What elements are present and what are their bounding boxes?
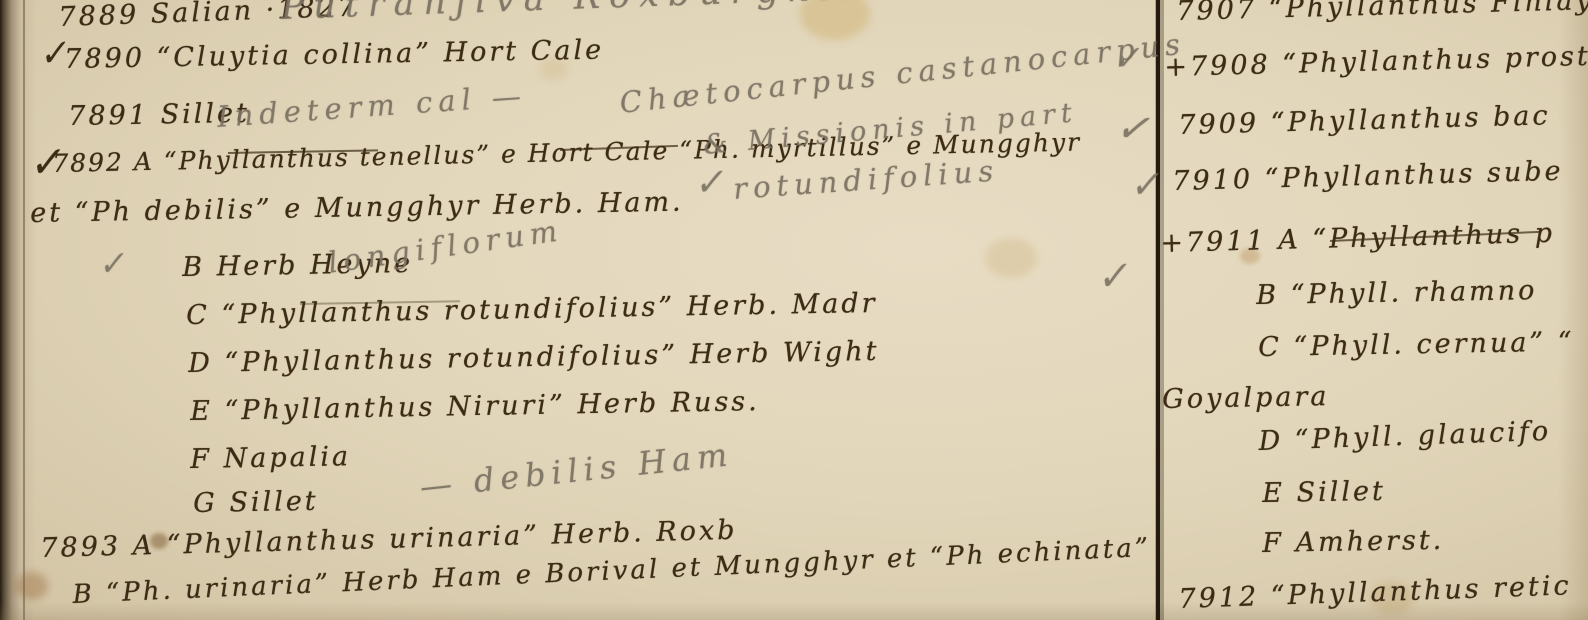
catalog-entry-7892-F: F Napalia bbox=[190, 441, 351, 475]
ink-check-7890: ✓ bbox=[36, 32, 70, 76]
catalog-entry-7892-G: G Sillet bbox=[193, 486, 319, 519]
catalog-entry-7890: 7890 “Cluytia collina” Hort Cale bbox=[64, 35, 604, 75]
pencil-check-b-heyne: ✓ bbox=[96, 243, 127, 284]
catalog-entry-7908: +7908 “Phyllanthus prost bbox=[1164, 41, 1588, 83]
catalog-entry-7911-E: E Sillet bbox=[1262, 476, 1386, 509]
catalog-entry-7907: 7907 “Phyllanthus Finlay bbox=[1176, 0, 1588, 27]
pencil-check-7911: ✓ bbox=[1094, 253, 1130, 300]
catalog-entry-7911-D: D “Phyll. glaucifo bbox=[1258, 416, 1552, 457]
pencil-note-putranjiva-roxburghii: Putranjiva Roxburghii bbox=[280, 0, 860, 28]
gutter-crease bbox=[23, 0, 25, 620]
pencil-note-chaetocarpus: Chætocarpus castanocarpus bbox=[618, 27, 1187, 120]
binding-gutter bbox=[0, 0, 36, 620]
right-edge-shadow bbox=[1558, 0, 1588, 620]
catalog-entry-7911-C: C “Phyll. cernua” “ bbox=[1258, 326, 1575, 363]
catalog-entry-7909: 7909 “Phyllanthus bac bbox=[1178, 100, 1551, 141]
column-divider-rule bbox=[1156, 0, 1160, 620]
catalog-entry-7911-B: B “Phyll. rhamno bbox=[1256, 275, 1538, 311]
pencil-check-rotundifolius: ✓ bbox=[692, 161, 726, 204]
manuscript-page: 7889 Salian ·1827 7890 “Cluytia collina”… bbox=[0, 0, 1588, 620]
paper-stain bbox=[16, 572, 48, 600]
pencil-check-castanocarpus: ✓ bbox=[1112, 38, 1141, 78]
pencil-note-debilis-ham: — debilis Ham bbox=[418, 435, 735, 506]
catalog-entry-7910: 7910 “Phyllanthus sube bbox=[1172, 156, 1564, 197]
paper-stain bbox=[985, 238, 1037, 278]
catalog-entry-7892-E: E “Phyllanthus Niruri” Herb Russ. bbox=[190, 386, 760, 427]
pencil-note-indeterm: Indeterm cal — bbox=[216, 78, 528, 134]
catalog-entry-7911-goyalpara: Goyalpara bbox=[1162, 381, 1330, 415]
pencil-check-7909: ✓ bbox=[1113, 104, 1151, 153]
catalog-entry-7911-F: F Amherst. bbox=[1262, 525, 1444, 559]
pencil-check-7910: ✓ bbox=[1128, 164, 1161, 207]
ink-check-7892: ✓ bbox=[26, 138, 64, 187]
catalog-entry-7892-D: D “Phyllanthus rotundifolius” Herb Wight bbox=[188, 336, 880, 379]
catalog-entry-7892-continuation: et “Ph debilis” e Mungghyr Herb. Ham. bbox=[30, 187, 684, 229]
catalog-entry-7892-C: C “Phyllanthus rotundifolius” Herb. Madr bbox=[186, 288, 878, 331]
